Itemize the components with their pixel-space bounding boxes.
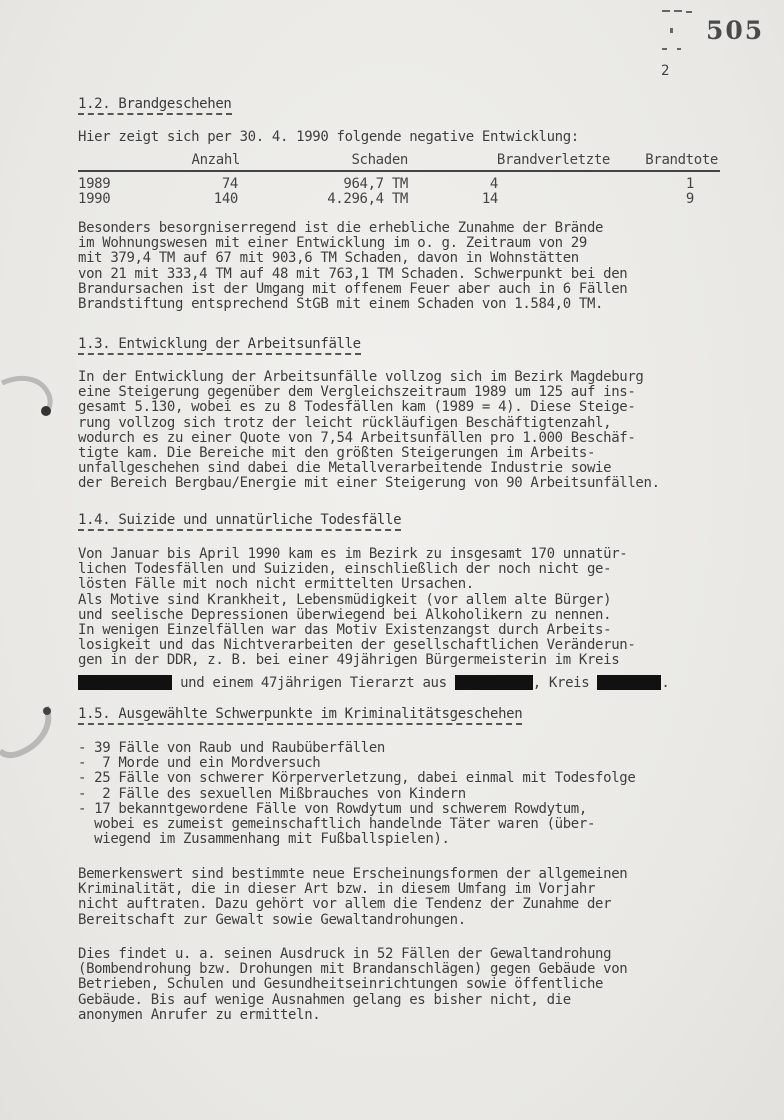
crime-list: - 39 Fälle von Raub und Raubüberfällen- … <box>78 741 635 847</box>
table-cell: 964,7 TM <box>343 176 408 192</box>
table-cell: 1990 <box>78 191 110 207</box>
paragraph-brandgeschehen: Besonders besorgniserregend ist die erhe… <box>78 221 627 312</box>
column-header: Brandtote <box>645 152 718 168</box>
redacted-line: und einem 47jährigen Tierarzt aus , Krei… <box>78 675 670 691</box>
list-item: - 2 Fälle des sexuellen Mißbrauches von … <box>78 787 635 802</box>
column-header: Schaden <box>351 152 408 168</box>
redaction-bar <box>597 675 661 690</box>
column-header: Anzahl <box>192 152 240 168</box>
table-cell: 4.296,4 TM <box>327 191 408 207</box>
table-cell: 140 <box>214 191 238 207</box>
section-heading-arbeitsunfaelle: 1.3. Entwicklung der Arbeitsunfälle <box>78 336 361 355</box>
list-item: - 25 Fälle von schwerer Körperverletzung… <box>78 771 635 786</box>
paragraph-gewaltandrohung: Dies findet u. a. seinen Ausdruck in 52 … <box>78 947 627 1023</box>
fire-statistics-table: Anzahl Schaden Brandverletzte Brandtote … <box>78 152 720 206</box>
table-intro: Hier zeigt sich per 30. 4. 1990 folgende… <box>78 130 579 145</box>
list-item: wobei es zumeist gemeinschaftlich handel… <box>78 817 635 832</box>
table-header: Anzahl Schaden Brandverletzte Brandtote <box>78 152 720 172</box>
redaction-bar <box>78 675 172 690</box>
page-number: 2 <box>661 63 669 79</box>
table-cell: 1 <box>686 176 694 192</box>
table-row: 1990 140 4.296,4 TM 14 9 <box>78 191 720 206</box>
list-item: - 39 Fälle von Raub und Raubüberfällen <box>78 741 635 756</box>
table-cell: 14 <box>482 191 498 207</box>
section-heading-kriminalitaet: 1.5. Ausgewählte Schwerpunkte im Krimina… <box>78 706 522 725</box>
paragraph-erscheinungsformen: Bemerkenswert sind bestimmte neue Ersche… <box>78 867 627 928</box>
section-heading-brandgeschehen: 1.2. Brandgeschehen <box>78 96 232 115</box>
punch-hole-mark <box>0 695 60 765</box>
document-page: 505 2 1.2. Brandgeschehen Hier zeigt sic… <box>0 0 784 1120</box>
table-cell: 74 <box>222 176 238 192</box>
paragraph-suizide: Von Januar bis April 1990 kam es im Bezi… <box>78 547 635 669</box>
punch-hole-mark <box>0 365 60 435</box>
table-row: 1989 74 964,7 TM 4 1 <box>78 176 720 191</box>
list-item: - 17 bekanntgewordene Fälle von Rowdytum… <box>78 802 635 817</box>
column-header: Brandverletzte <box>497 152 610 168</box>
redaction-bar <box>455 675 533 690</box>
paragraph-arbeitsunfaelle: In der Entwicklung der Arbeitsunfälle vo… <box>78 370 660 492</box>
table-cell: 4 <box>490 176 498 192</box>
section-heading-suizide: 1.4. Suizide und unnatürliche Todesfälle <box>78 512 401 531</box>
stamp-marks <box>660 8 700 48</box>
archive-page-stamp: 505 <box>706 16 764 45</box>
list-item: wiegend im Zusammenhang mit Fußballspiel… <box>78 832 635 847</box>
table-cell: 1989 <box>78 176 110 192</box>
list-item: - 7 Morde und ein Mordversuch <box>78 756 635 771</box>
table-cell: 9 <box>686 191 694 207</box>
